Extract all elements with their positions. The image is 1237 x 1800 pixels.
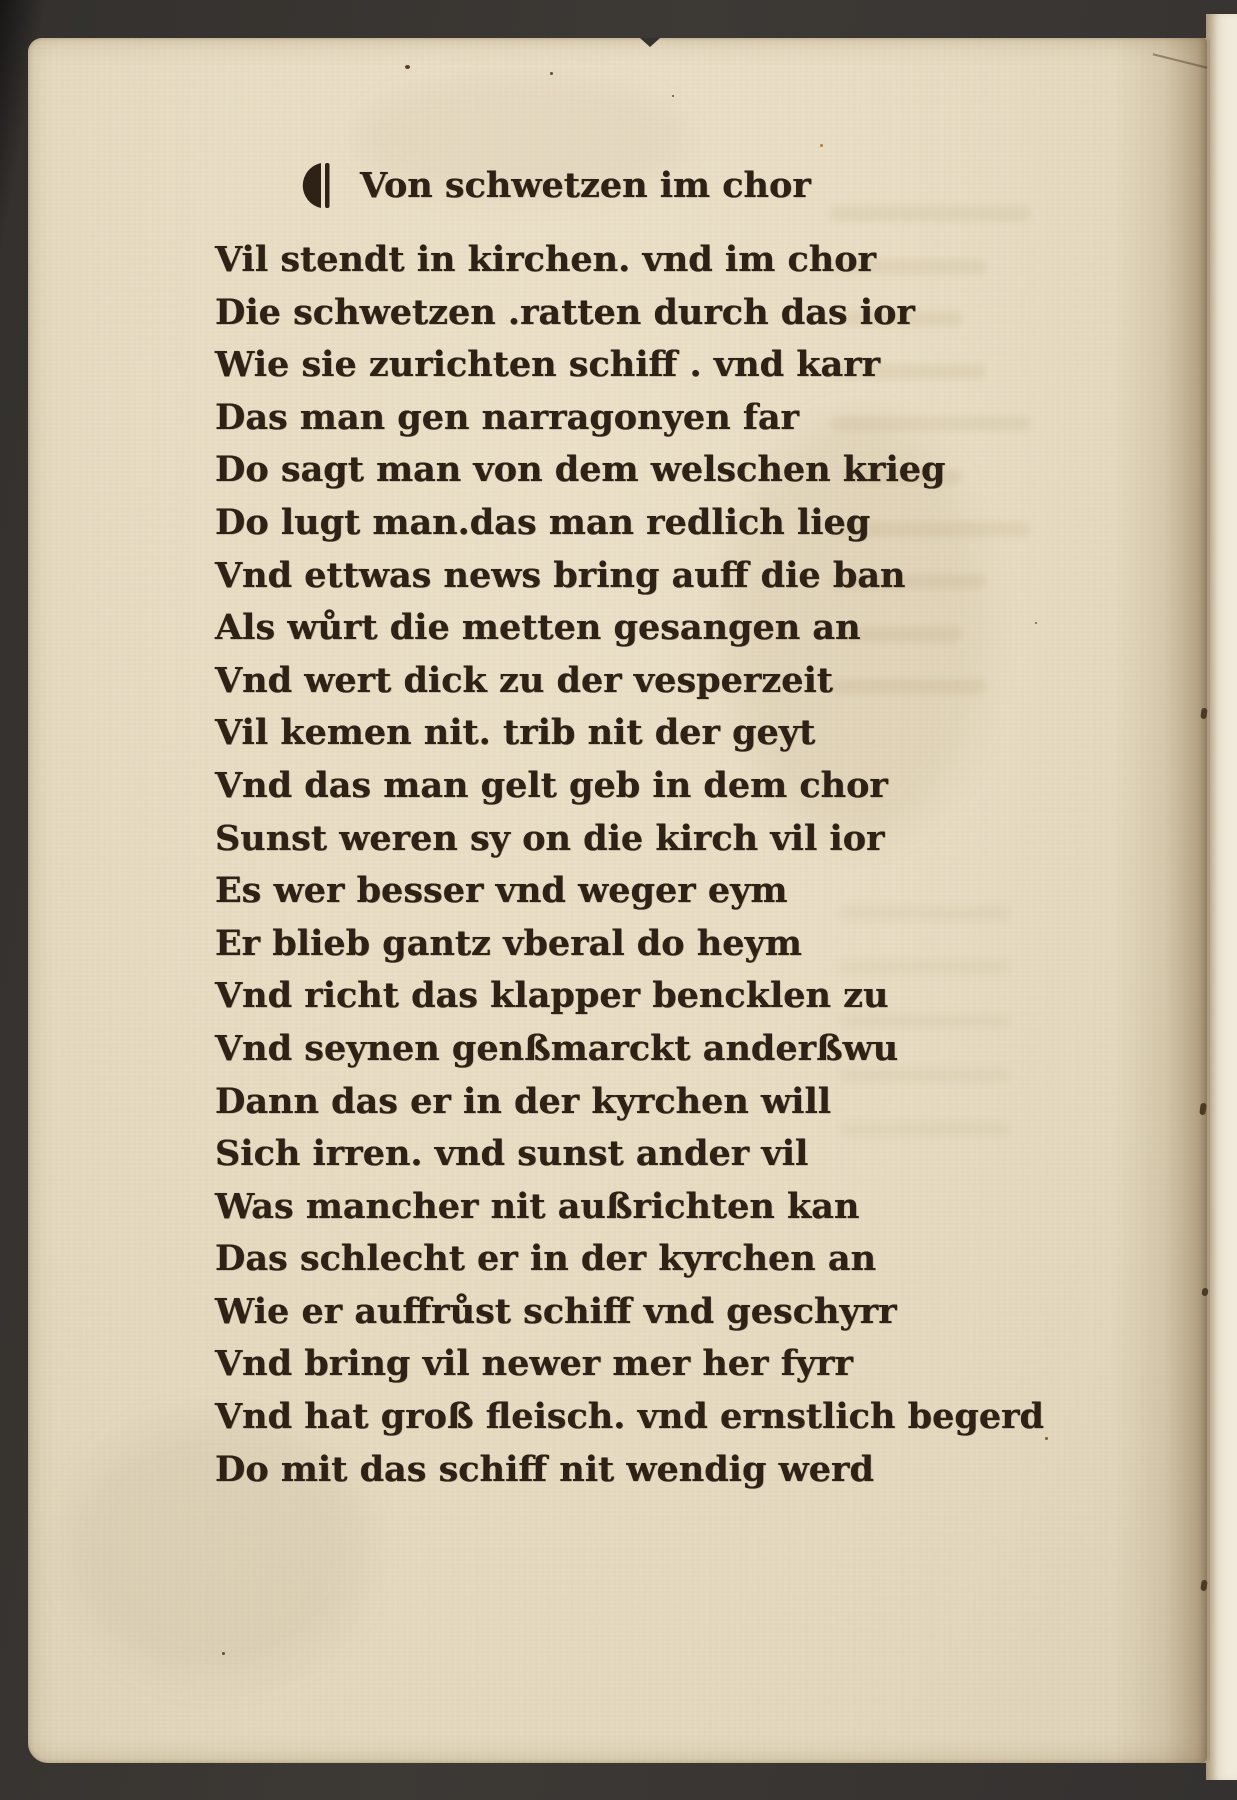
book-scan: Von schwetzen im chor Vil stendt in kirc… xyxy=(0,0,1237,1800)
paper-speck xyxy=(1045,1437,1048,1440)
verse-line: Vil kemen nit. trib nit der geyt xyxy=(215,707,1044,760)
page: Von schwetzen im chor Vil stendt in kirc… xyxy=(28,38,1210,1763)
verse-line: Vnd ettwas news bring auff die ban xyxy=(215,550,1044,603)
verse-line: Sunst weren sy on die kirch vil ior xyxy=(215,813,1044,866)
paper-speck xyxy=(405,65,410,69)
verse-line: Die schwetzen .ratten durch das ior xyxy=(215,287,1044,340)
verse-line: Was mancher nit außrichten kan xyxy=(215,1181,1044,1234)
verse-line: Wie er auffrůst schiff vnd geschyrr xyxy=(215,1286,1044,1339)
verse-line: Vnd seynen genßmarckt anderßwu xyxy=(215,1023,1044,1076)
chapter-heading-text: Von schwetzen im chor xyxy=(360,165,811,206)
verse-line: Wie sie zurichten schiff . vnd karr xyxy=(215,339,1044,392)
paper-speck xyxy=(222,1652,225,1655)
chapter-heading: Von schwetzen im chor xyxy=(294,162,811,209)
paper-speck xyxy=(1035,622,1037,624)
verse-block: Vil stendt in kirchen. vnd im chor Die s… xyxy=(215,234,1044,1496)
verse-line: Es wer besser vnd weger eym xyxy=(215,865,1044,918)
verse-line: Dann das er in der kyrchen will xyxy=(215,1076,1044,1129)
verse-line: Vil stendt in kirchen. vnd im chor xyxy=(215,234,1044,287)
verse-line: Vnd wert dick zu der vesperzeit xyxy=(215,655,1044,708)
verse-line: Vnd bring vil newer mer her fyrr xyxy=(215,1338,1044,1391)
page-edge-notch xyxy=(640,38,660,47)
verse-line: Vnd das man gelt geb in dem chor xyxy=(215,760,1044,813)
gutter-shadow xyxy=(1112,38,1207,1763)
facing-page-edge xyxy=(1206,14,1237,1780)
paper-speck xyxy=(550,72,553,75)
verse-line: Do mit das schiff nit wendig werd xyxy=(215,1444,1044,1497)
pilcrow-icon xyxy=(294,162,330,209)
verse-line: Das schlecht er in der kyrchen an xyxy=(215,1233,1044,1286)
paper-speck xyxy=(820,144,823,147)
verse-line: Er blieb gantz vberal do heym xyxy=(215,918,1044,971)
verse-line: Als wůrt die metten gesangen an xyxy=(215,602,1044,655)
verse-line: Sich irren. vnd sunst ander vil xyxy=(215,1128,1044,1181)
verse-line: Vnd hat groß fleisch. vnd ernstlich bege… xyxy=(215,1391,1044,1444)
verse-line: Do lugt man.das man redlich lieg xyxy=(215,497,1044,550)
verse-line: Vnd richt das klapper bencklen zu xyxy=(215,970,1044,1023)
verse-line: Do sagt man von dem welschen krieg xyxy=(215,444,1044,497)
paper-speck xyxy=(672,95,674,97)
verse-line: Das man gen narragonyen far xyxy=(215,392,1044,445)
